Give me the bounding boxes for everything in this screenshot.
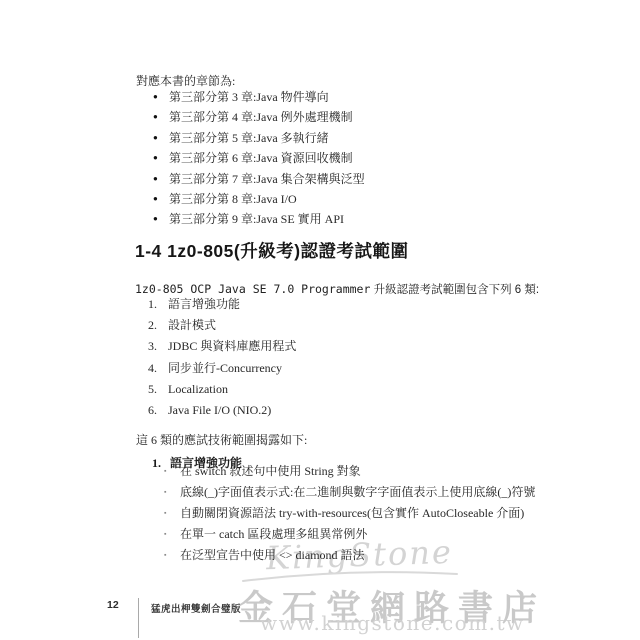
category-text: JDBC 與資料庫應用程式 [168,339,296,353]
list-item: ▪在單一 catch 區段處理多組異常例外 [164,527,556,543]
page-content: 對應本書的章節為: ●第三部分第 3 章:Java 物件導向 ●第三部分第 4 … [0,0,640,640]
item-number: 1. [148,294,168,315]
list-item: ●第三部分第 8 章:Java I/O [152,189,365,209]
item-number: 4. [148,358,168,379]
list-item: ▪自動關閉資源語法 try-with-resources(包含實作 AutoCl… [164,506,556,522]
bullet-icon: ● [153,128,158,148]
category-text: Localization [168,382,228,396]
list-item: ▪底線(_)字面值表示式:在二進制與數字字面值表示上使用底線(_)符號 [164,485,556,501]
item-number: 6. [148,400,168,421]
list-item: ●第三部分第 3 章:Java 物件導向 [152,87,365,107]
bullet-icon: ● [153,189,158,209]
sub-bullet-icon: ▪ [164,464,166,480]
detail-bullet-list: ▪在 switch 敘述句中使用 String 對象 ▪底線(_)字面值表示式:… [164,464,556,569]
detail-text: 在單一 catch 區段處理多組異常例外 [180,527,367,541]
section-heading: 1-4 1z0-805(升級考)認證考試範圍 [135,238,409,263]
book-page: KingStone 金石堂網路書店 www.kingstone.com.tw 對… [0,0,640,640]
chapter-text: 第三部分第 7 章:Java 集合架構與泛型 [169,172,365,186]
bullet-icon: ● [153,87,158,107]
list-item: 2.設計模式 [148,315,296,336]
list-item: ●第三部分第 6 章:Java 資源回收機制 [152,148,365,168]
chapter-bullet-list: ●第三部分第 3 章:Java 物件導向 ●第三部分第 4 章:Java 例外處… [152,87,365,230]
list-item: ●第三部分第 9 章:Java SE 實用 API [152,209,365,229]
list-item: 4.同步並行-Concurrency [148,358,296,379]
chapter-text: 第三部分第 3 章:Java 物件導向 [169,90,329,104]
bullet-icon: ● [153,148,158,168]
sub-bullet-icon: ▪ [164,485,166,501]
list-item: ●第三部分第 5 章:Java 多執行緒 [152,128,365,148]
detail-text: 在泛型宣告中使用 <> diamond 語法 [180,548,365,562]
detail-intro-text: 這 6 類的應試技術範圍揭露如下: [136,432,307,448]
item-number: 3. [148,336,168,357]
category-text: 語言增強功能 [168,297,240,311]
list-item: 1.語言增強功能 [148,294,296,315]
sub-bullet-icon: ▪ [164,527,166,543]
chapter-text: 第三部分第 8 章:Java I/O [169,192,297,206]
chapter-text: 第三部分第 5 章:Java 多執行緒 [169,131,329,145]
item-number: 2. [148,315,168,336]
category-text: Java File I/O (NIO.2) [168,403,271,417]
list-item: ●第三部分第 4 章:Java 例外處理機制 [152,107,365,127]
detail-text: 在 switch 敘述句中使用 String 對象 [180,464,361,478]
item-number: 5. [148,379,168,400]
list-item: 6.Java File I/O (NIO.2) [148,400,296,421]
footer-divider [138,598,139,638]
bullet-icon: ● [153,107,158,127]
sub-bullet-icon: ▪ [164,506,166,522]
detail-text: 自動關閉資源語法 try-with-resources(包含實作 AutoClo… [180,506,524,520]
sub-bullet-icon: ▪ [164,548,166,564]
book-title: 猛虎出柙雙劍合璧版 [151,601,241,615]
category-numbered-list: 1.語言增強功能 2.設計模式 3.JDBC 與資料庫應用程式 4.同步並行-C… [148,294,296,421]
chapter-text: 第三部分第 6 章:Java 資源回收機制 [169,151,353,165]
bullet-icon: ● [153,169,158,189]
category-text: 同步並行-Concurrency [168,361,282,375]
detail-text: 底線(_)字面值表示式:在二進制與數字字面值表示上使用底線(_)符號 [180,485,535,499]
list-item: 3.JDBC 與資料庫應用程式 [148,336,296,357]
bullet-icon: ● [153,209,158,229]
list-item: 5.Localization [148,379,296,400]
chapter-text: 第三部分第 4 章:Java 例外處理機制 [169,110,353,124]
list-item: ▪在泛型宣告中使用 <> diamond 語法 [164,548,556,564]
chapter-text: 第三部分第 9 章:Java SE 實用 API [169,212,344,226]
page-number: 12 [107,599,119,611]
list-item: ▪在 switch 敘述句中使用 String 對象 [164,464,556,480]
exam-intro-rest-text: 升級認證考試範圍包含下列 6 類: [370,284,539,296]
list-item: ●第三部分第 7 章:Java 集合架構與泛型 [152,169,365,189]
category-text: 設計模式 [168,318,216,332]
